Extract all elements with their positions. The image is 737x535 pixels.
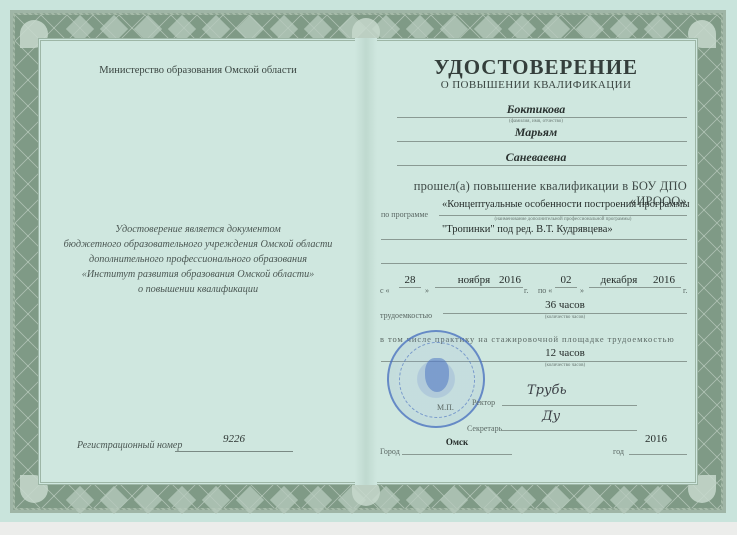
registration-line (175, 451, 293, 452)
patronymic-line (397, 165, 687, 166)
official-stamp (387, 330, 485, 428)
secretary-signature: Ду (542, 409, 560, 424)
registration-number: 9226 (175, 433, 293, 445)
city-label: Город (380, 447, 400, 456)
date-from-year: 2016 (473, 274, 551, 286)
registration-label: Регистрационный номер (77, 440, 182, 451)
date-to-month-line (589, 287, 681, 288)
date-from-quote: » (425, 286, 429, 295)
paper-edge (0, 522, 737, 535)
rector-label: Ректор (472, 398, 495, 407)
page-spine (355, 38, 377, 485)
year-label: год (613, 447, 624, 456)
left-page: Министерство образования Омской области … (41, 41, 355, 482)
year-value: 2016 (629, 433, 687, 445)
coat-of-arms-icon (425, 358, 449, 392)
certificate-description: Удостоверение является документом бюджет… (41, 222, 355, 297)
date-to-month: декабря (589, 274, 649, 286)
date-to-year: 2016 (649, 274, 679, 286)
date-year-suffix: г. (524, 286, 528, 295)
date-to-day-line (555, 287, 577, 288)
date-from-day-line (399, 287, 421, 288)
city-line (402, 454, 512, 455)
date-to-prefix: по « (538, 286, 552, 295)
program-line-1: «Концептуальные особенности построения п… (442, 199, 690, 210)
city-value: Омск (402, 437, 512, 447)
certificate-title: УДОСТОВЕРЕНИЕ (377, 55, 695, 80)
date-from-day: 28 (399, 274, 421, 286)
workload-line (443, 313, 687, 314)
workload-label: трудоемкостью (380, 311, 432, 320)
date-to-day: 02 (555, 274, 577, 286)
program-line-3-rule (381, 263, 687, 264)
date-year-suffix-2: г. (683, 286, 687, 295)
program-line-1-rule (439, 215, 687, 216)
patronymic-value: Саневаевна (377, 150, 695, 165)
rector-signature: Трубь (527, 383, 567, 398)
certificate-subtitle: О ПОВЫШЕНИИ КВАЛИФИКАЦИИ (377, 79, 695, 91)
certificate-sheet: Министерство образования Омской области … (0, 0, 737, 522)
program-line-2-rule (381, 239, 687, 240)
year-line (629, 454, 687, 455)
program-label: по программе (381, 210, 428, 219)
ministry-name: Министерство образования Омской области (41, 65, 355, 76)
workload-value: 36 часов (443, 299, 687, 311)
program-line-2: "Тропинки" под ред. В.Т. Кудрявцева» (442, 224, 613, 235)
surname-value: Боктикова (377, 102, 695, 117)
surname-line (397, 117, 687, 118)
right-page: УДОСТОВЕРЕНИЕ О ПОВЫШЕНИИ КВАЛИФИКАЦИИ Б… (377, 41, 695, 482)
name-caption: (фамилия, имя, отчество) (377, 119, 695, 124)
first-name-value: Марьям (377, 125, 695, 140)
program-caption: (наименование дополнительной профессиона… (439, 217, 687, 222)
rector-line (502, 405, 637, 406)
date-from-prefix: с « (380, 286, 390, 295)
hours-caption: (количество часов) (443, 315, 687, 320)
date-to-quote: » (580, 286, 584, 295)
secretary-label: Секретарь (467, 424, 502, 433)
secretary-line (502, 430, 637, 431)
first-name-line (397, 141, 687, 142)
date-from-month-line (435, 287, 523, 288)
stamp-mark: М.П. (437, 403, 454, 412)
